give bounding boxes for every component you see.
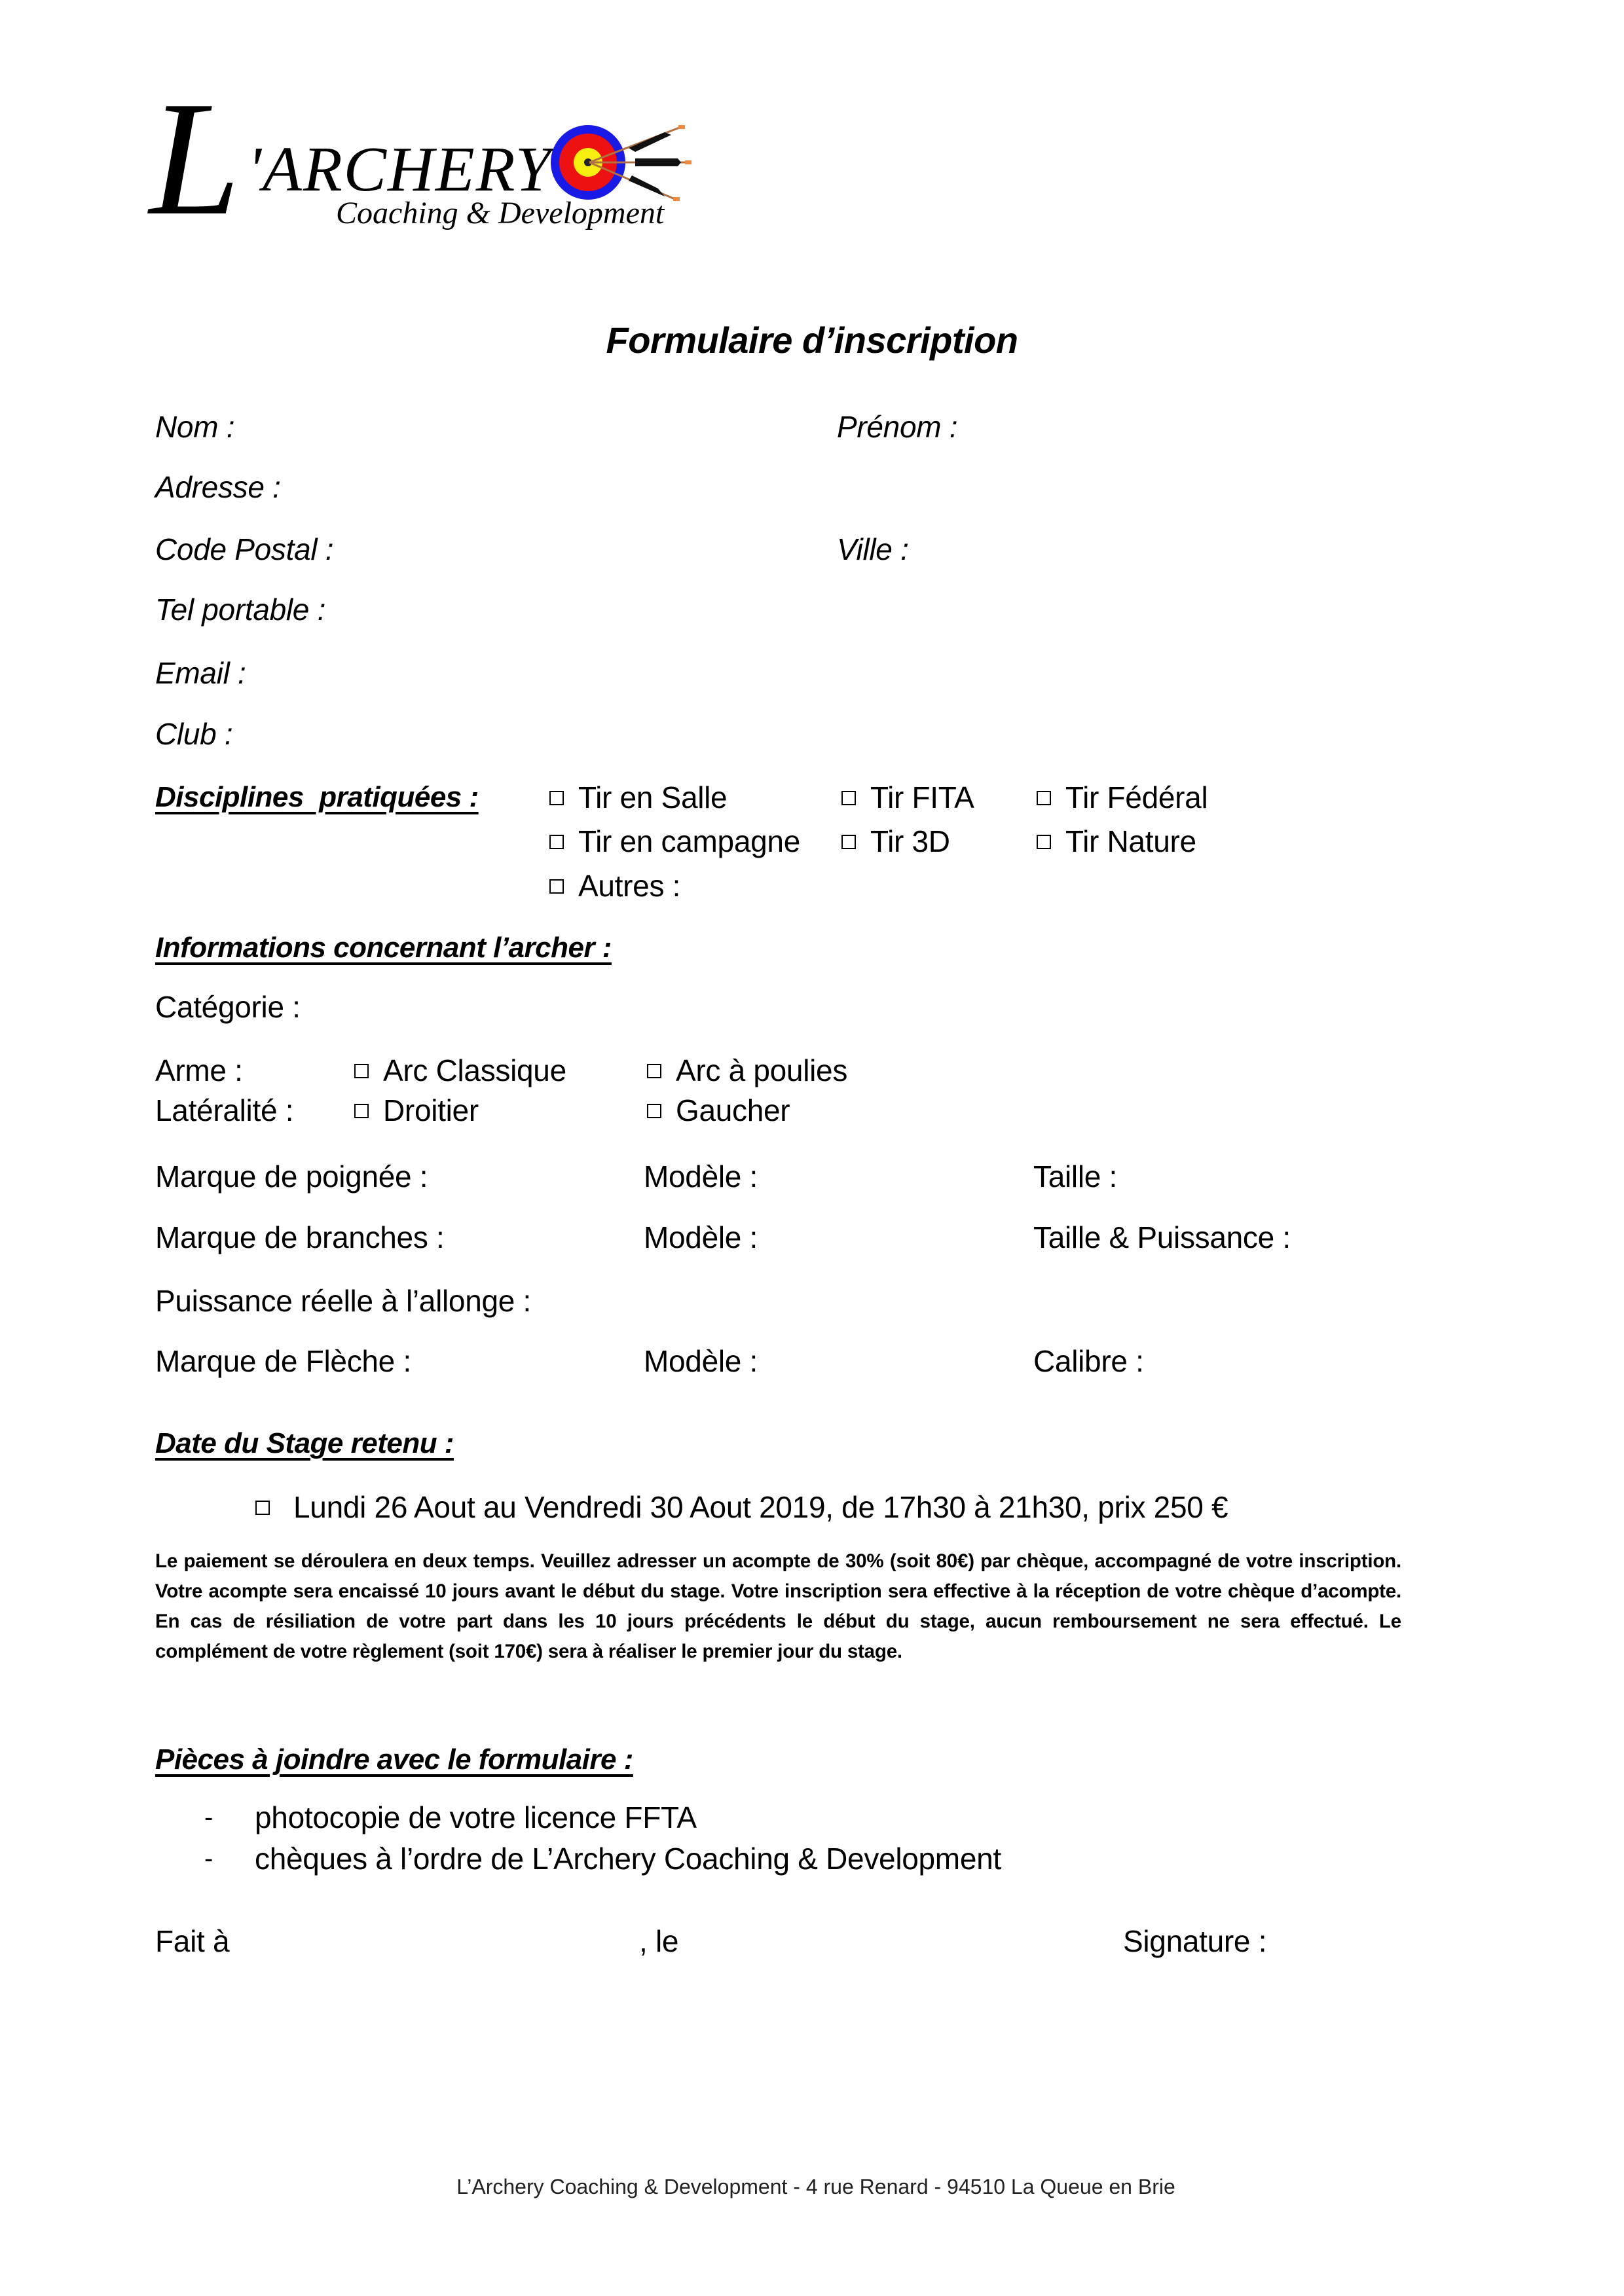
arme-label: Arme : bbox=[155, 1055, 243, 1085]
checkbox[interactable] bbox=[549, 835, 564, 849]
pieces-item: photocopie de votre licence FFTA bbox=[255, 1802, 697, 1832]
tel-label: Tel portable : bbox=[155, 594, 325, 625]
discipline-option-autres[interactable]: Autres : bbox=[549, 871, 680, 901]
archery-target-icon bbox=[550, 123, 694, 205]
discipline-option-nature[interactable]: Tir Nature bbox=[1037, 826, 1196, 856]
bullet-dash: - bbox=[204, 1804, 213, 1831]
lateralite-option-gaucher[interactable]: Gaucher bbox=[647, 1095, 790, 1125]
poignee-modele-label: Modèle : bbox=[644, 1161, 758, 1192]
page-title: Formulaire d’inscription bbox=[606, 322, 1018, 359]
checkbox[interactable] bbox=[354, 1064, 369, 1078]
stage-option[interactable]: Lundi 26 Aout au Vendredi 30 Aout 2019, … bbox=[255, 1492, 1228, 1522]
branches-taille-label: Taille & Puissance : bbox=[1033, 1222, 1291, 1252]
logo: L 'ARCHERY Coaching & Development bbox=[149, 85, 699, 242]
club-label: Club : bbox=[155, 719, 232, 749]
poignee-taille-label: Taille : bbox=[1033, 1161, 1117, 1192]
discipline-option-salle[interactable]: Tir en Salle bbox=[549, 782, 727, 812]
arme-option-poulies[interactable]: Arc à poulies bbox=[647, 1055, 847, 1085]
discipline-option-fita[interactable]: Tir FITA bbox=[841, 782, 974, 812]
fleche-modele-label: Modèle : bbox=[644, 1346, 758, 1376]
payment-terms: Le paiement se déroulera en deux temps. … bbox=[155, 1546, 1401, 1667]
checkbox[interactable] bbox=[549, 791, 564, 805]
adresse-label: Adresse : bbox=[155, 472, 281, 502]
puissance-label: Puissance réelle à l’allonge : bbox=[155, 1286, 531, 1316]
email-label: Email : bbox=[155, 658, 246, 688]
lateralite-option-droitier[interactable]: Droitier bbox=[354, 1095, 479, 1125]
poignee-label: Marque de poignée : bbox=[155, 1161, 428, 1192]
checkbox[interactable] bbox=[1037, 791, 1051, 805]
logo-wordmark: 'ARCHERY bbox=[248, 137, 552, 202]
checkbox[interactable] bbox=[841, 835, 856, 849]
checkbox[interactable] bbox=[647, 1104, 661, 1118]
checkbox[interactable] bbox=[255, 1501, 270, 1515]
logo-initial: L bbox=[149, 77, 240, 241]
stage-heading: Date du Stage retenu : bbox=[155, 1429, 454, 1458]
nom-label: Nom : bbox=[155, 412, 234, 442]
discipline-option-3d[interactable]: Tir 3D bbox=[841, 826, 950, 856]
code-postal-label: Code Postal : bbox=[155, 534, 333, 564]
checkbox[interactable] bbox=[647, 1064, 661, 1078]
branches-label: Marque de branches : bbox=[155, 1222, 445, 1252]
checkbox[interactable] bbox=[354, 1104, 369, 1118]
pieces-item: chèques à l’ordre de L’Archery Coaching … bbox=[255, 1844, 1001, 1874]
checkbox[interactable] bbox=[1037, 835, 1051, 849]
archer-info-heading: Informations concernant l’archer : bbox=[155, 934, 612, 962]
fleche-calibre-label: Calibre : bbox=[1033, 1346, 1144, 1376]
date-label: , le bbox=[639, 1926, 678, 1956]
branches-modele-label: Modèle : bbox=[644, 1222, 758, 1252]
checkbox[interactable] bbox=[549, 879, 564, 894]
lateralite-label: Latéralité : bbox=[155, 1095, 293, 1125]
pieces-heading: Pièces à joindre avec le formulaire : bbox=[155, 1745, 633, 1774]
prenom-label: Prénom : bbox=[837, 412, 957, 442]
ville-label: Ville : bbox=[837, 534, 909, 564]
signature-label: Signature : bbox=[1123, 1926, 1266, 1956]
arme-option-classique[interactable]: Arc Classique bbox=[354, 1055, 566, 1085]
fait-a-label: Fait à bbox=[155, 1926, 229, 1956]
discipline-option-campagne[interactable]: Tir en campagne bbox=[549, 826, 800, 856]
footer-address: L’Archery Coaching & Development - 4 rue… bbox=[456, 2176, 1175, 2197]
disciplines-heading: Disciplines pratiquées : bbox=[155, 783, 479, 812]
checkbox[interactable] bbox=[841, 791, 856, 805]
discipline-option-federal[interactable]: Tir Fédéral bbox=[1037, 782, 1208, 812]
bullet-dash: - bbox=[204, 1846, 213, 1872]
fleche-label: Marque de Flèche : bbox=[155, 1346, 411, 1376]
categorie-label: Catégorie : bbox=[155, 992, 301, 1022]
